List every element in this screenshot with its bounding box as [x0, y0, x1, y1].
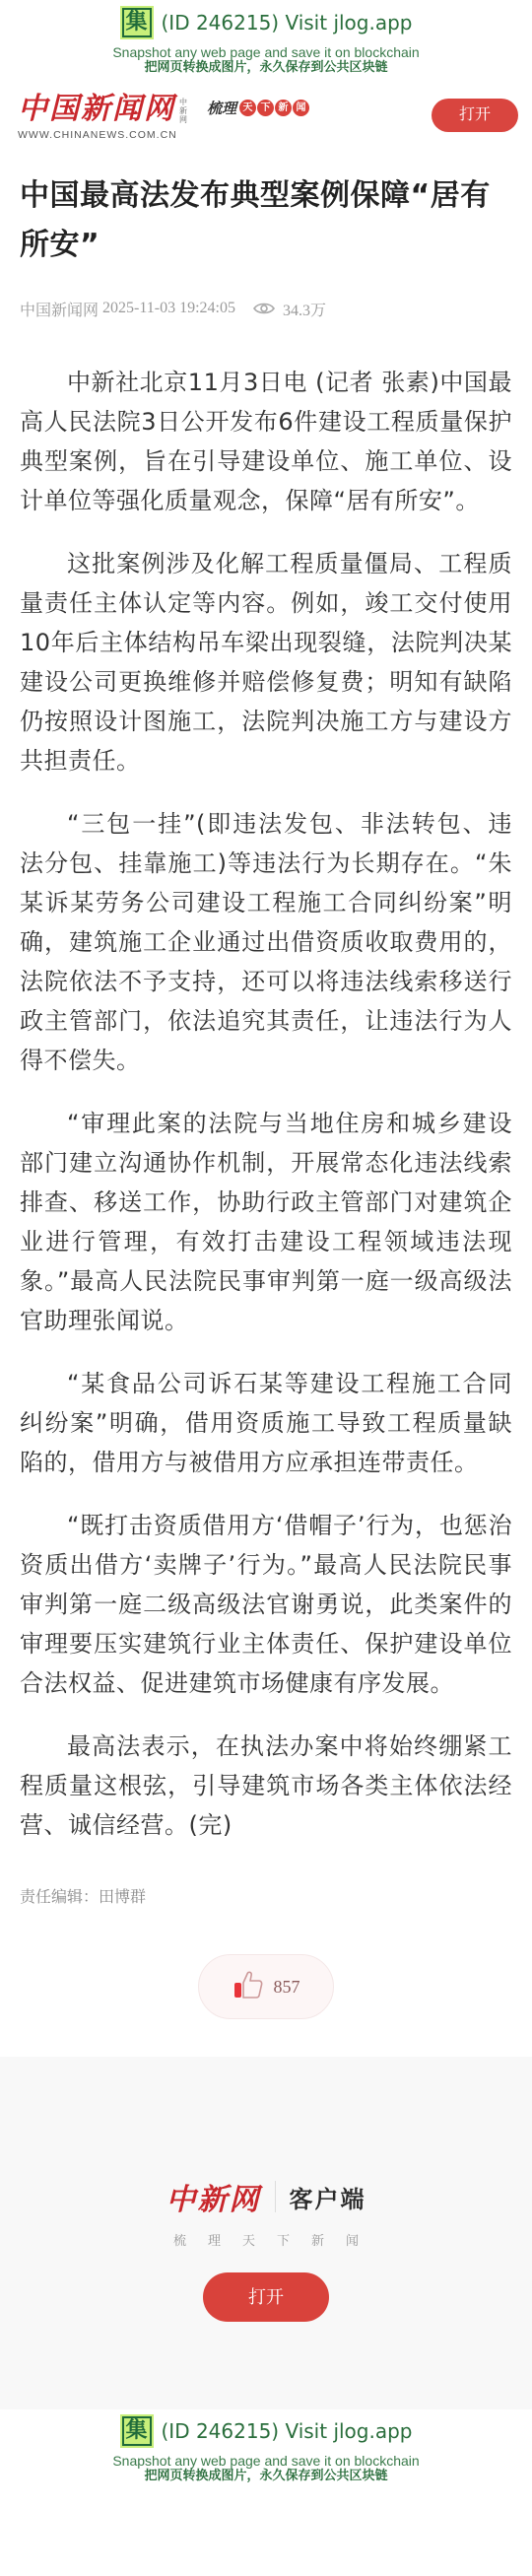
jlog-subtitle-en: Snapshot any web page and save it on blo…: [0, 44, 532, 60]
eye-icon: [253, 302, 275, 315]
header-slogan: 梳理 天 下 新 闻: [207, 98, 309, 118]
jlog-banner-top: 集 (ID 246215) Visit jlog.app Snapshot an…: [0, 0, 532, 79]
article-source: 中国新闻网: [20, 298, 99, 320]
article-body: 中新社北京11月3日电 (记者 张素)中国最高人民法院3日公开发布6件建设工程质…: [20, 363, 512, 1845]
open-app-button-bottom[interactable]: 打开: [203, 2272, 329, 2322]
article-editor: 责任编辑：田博群: [20, 1884, 512, 1907]
promo-logo: 中新网 客户端: [166, 2175, 366, 2218]
jlog-badge-icon: 集: [120, 6, 154, 39]
jlog-subtitle-en: Snapshot any web page and save it on blo…: [0, 2453, 532, 2469]
open-app-button-top[interactable]: 打开: [432, 99, 518, 132]
article-views: 34.3万: [283, 298, 326, 320]
logo-vertical-text: 中新网: [179, 98, 189, 124]
promo-slogan: 梳 理 天 下 新 闻: [173, 2230, 359, 2249]
logo-text: 中国新闻网: [18, 93, 175, 126]
article-datetime: 2025-11-03 19:24:05: [102, 300, 235, 317]
divider: [275, 2181, 276, 2212]
app-promo: 中新网 客户端 梳 理 天 下 新 闻 打开: [0, 2057, 532, 2409]
article-paragraph: “既打击资质借用方‘借帽子’行为，也惩治资质出借方‘卖牌子’行为。”最高人民法院…: [20, 1506, 512, 1703]
logo-url: WWW.CHINANEWS.COM.CN: [18, 129, 189, 141]
jlog-subtitle-zh: 把网页转换成图片，永久保存到公共区块链: [0, 2469, 532, 2484]
promo-brand: 中新网: [166, 2175, 261, 2218]
article-paragraph: “三包一挂”(即违法发包、非法转包、违法分包、挂靠施工)等违法行为长期存在。“朱…: [20, 804, 512, 1080]
article-paragraph: “某食品公司诉石某等建设工程施工合同纠纷案”明确，借用资质施工导致工程质量缺陷的…: [20, 1364, 512, 1482]
article-paragraph: 这批案例涉及化解工程质量僵局、工程质量责任主体认定等内容。例如，竣工交付使用10…: [20, 544, 512, 780]
article-paragraph: “审理此案的法院与当地住房和城乡建设部门建立沟通协作机制，开展常态化违法线索排查…: [20, 1104, 512, 1340]
thumbs-up-icon: [233, 1970, 264, 2003]
like-count: 857: [274, 1977, 300, 1998]
article-paragraph: 最高法表示，在执法办案中将始终绷紧工程质量这根弦，引导建筑市场各类主体依法经营、…: [20, 1727, 512, 1845]
jlog-title[interactable]: (ID 246215) Visit jlog.app: [162, 2419, 413, 2443]
jlog-banner-bottom: 集 (ID 246215) Visit jlog.app Snapshot an…: [0, 2409, 532, 2488]
jlog-subtitle-zh: 把网页转换成图片，永久保存到公共区块链: [0, 60, 532, 76]
article-title: 中国最高法发布典型案例保障“居有所安”: [20, 171, 512, 270]
jlog-title[interactable]: (ID 246215) Visit jlog.app: [162, 11, 413, 34]
like-button[interactable]: 857: [198, 1954, 334, 2019]
site-logo[interactable]: 中国新闻网 中新网 WWW.CHINANEWS.COM.CN: [18, 93, 189, 141]
site-header: 中国新闻网 中新网 WWW.CHINANEWS.COM.CN 梳理 天 下 新 …: [0, 79, 532, 154]
promo-client-label: 客户端: [290, 2180, 366, 2214]
article-paragraph: 中新社北京11月3日电 (记者 张素)中国最高人民法院3日公开发布6件建设工程质…: [20, 363, 512, 520]
article-meta: 中国新闻网 2025-11-03 19:24:05 34.3万: [20, 294, 512, 323]
article: 中国最高法发布典型案例保障“居有所安” 中国新闻网 2025-11-03 19:…: [0, 171, 532, 2019]
jlog-badge-icon: 集: [120, 2414, 154, 2448]
